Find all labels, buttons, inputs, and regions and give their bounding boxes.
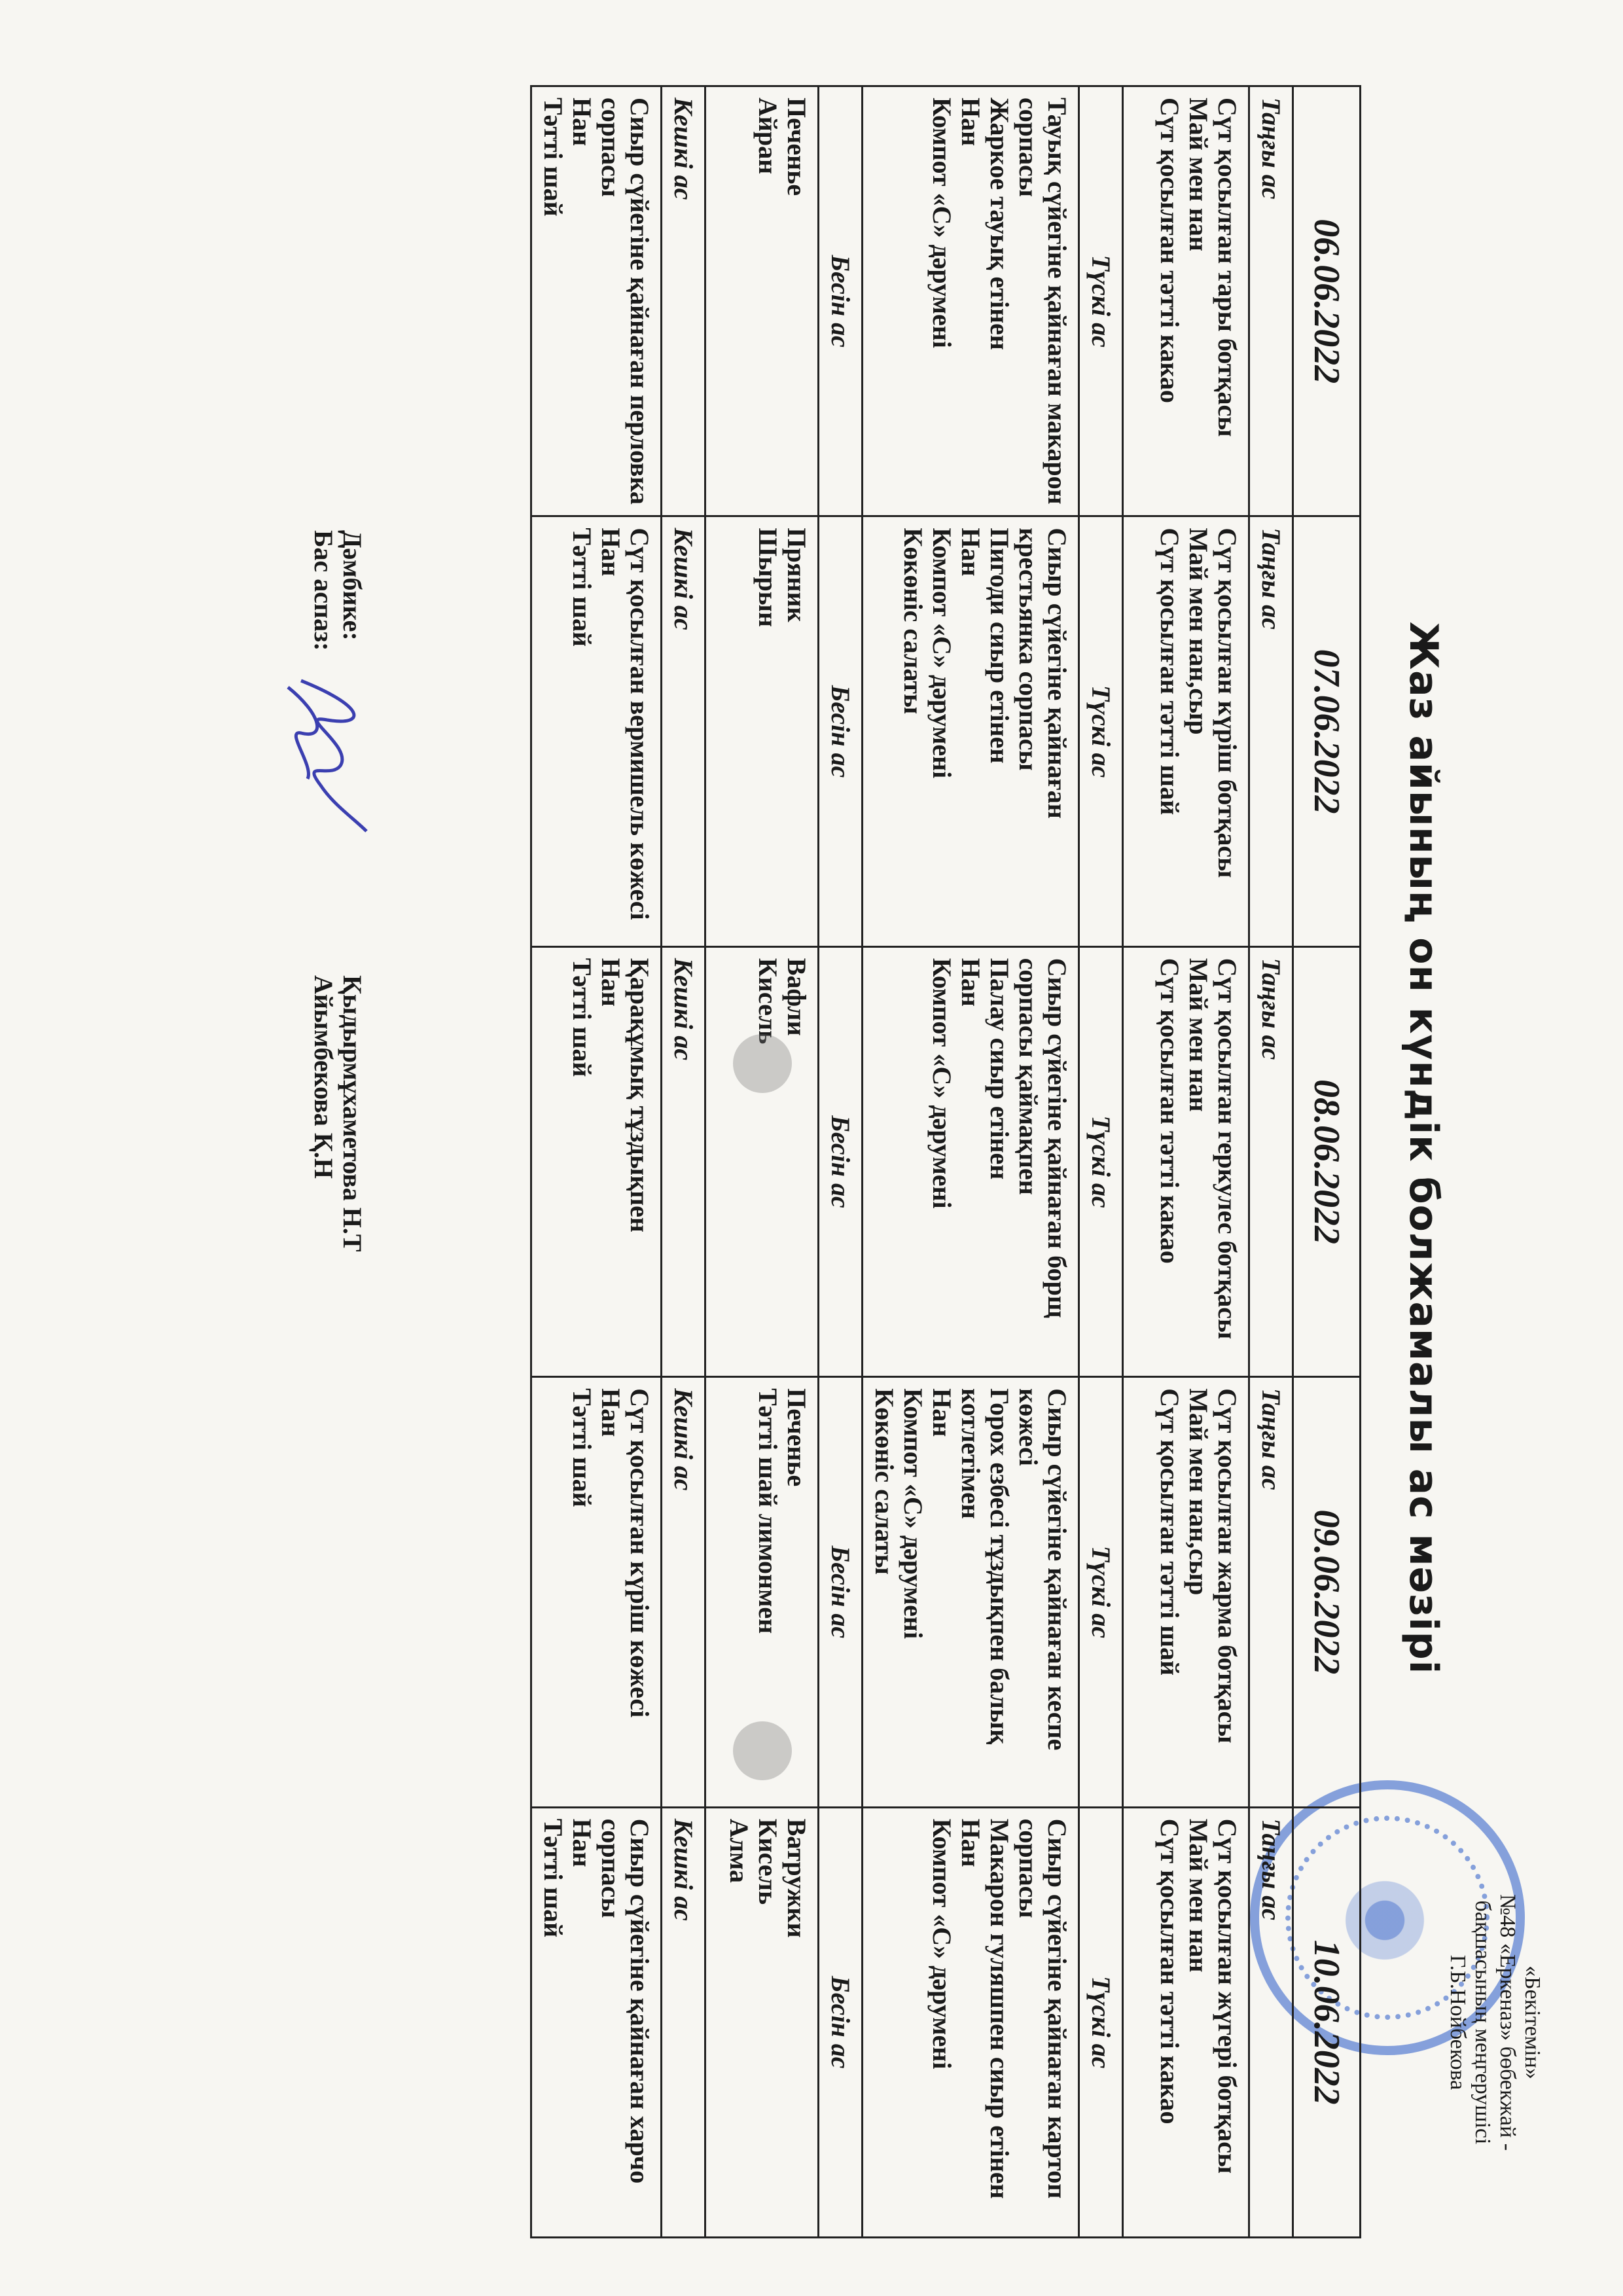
meal-label: Түскі ас xyxy=(1079,946,1123,1376)
signature-name: Қыдырмұхаметова Н.Т xyxy=(338,975,366,1636)
meal-items-cell: Сүт қосылған жарма ботқасыМай мен нан,сы… xyxy=(1123,1377,1249,1807)
meal-items-cell: Сүт қосылған вермишель көжесіНанТәтті ша… xyxy=(531,516,662,946)
dish-item: Сүт қосылған геркулес ботқасы xyxy=(1213,958,1241,1365)
meal-items-cell: Сиыр сүйегіне қайнаған харчо сорпасыНанТ… xyxy=(531,1807,662,2237)
meal-label: Бесін ас xyxy=(819,1377,863,1807)
scanned-page: «Бекітемін» №48 «Еркеназ» бөбекжай - бақ… xyxy=(0,0,1623,2296)
dish-item: Сүт қосылған тәтті какао xyxy=(1155,958,1184,1365)
meal-label: Бесін ас xyxy=(819,946,863,1376)
dish-item: Компот «С» дәрумені xyxy=(927,1819,956,2226)
dish-item: Печенье xyxy=(782,98,811,505)
meal-label: Таңғы ас xyxy=(1249,1377,1293,1807)
approval-line: бақшасының меңгерушісі xyxy=(1470,1793,1495,2251)
meal-items-cell: Сүт қосылған геркулес ботқасыМай мен нан… xyxy=(1123,946,1249,1376)
dish-item: Сиыр сүйегіне қайнаған картоп сорпасы xyxy=(1014,1819,1071,2226)
dish-item: Тәтті шай xyxy=(567,958,596,1365)
meal-label: Бесін ас xyxy=(819,86,863,516)
dish-item: Сүт қосылған тәтті какао xyxy=(1155,98,1184,505)
approval-line: №48 «Еркеназ» бөбекжай - xyxy=(1495,1793,1520,2251)
dish-item: Май мен нан xyxy=(1184,98,1213,505)
dish-item: Компот «С» дәрумені xyxy=(899,1388,927,1795)
dish-item: Сүт қосылған вермишель көжесі xyxy=(625,528,654,935)
dish-item: Сиыр сүйегіне қайнаған кеспе көжесі xyxy=(1014,1388,1071,1795)
dish-item: Ватружки xyxy=(782,1819,811,2226)
dish-item: Нан xyxy=(596,958,625,1365)
meal-items-cell: Тауық сүйегіне қайнаған макарон сорпасыЖ… xyxy=(863,86,1079,516)
meal-label-row: Кешкі асКешкі асКешкі асКешкі асКешкі ас xyxy=(662,86,705,2238)
scan-artifact xyxy=(733,1034,792,1093)
dish-item: Нан xyxy=(956,98,985,505)
meal-items-cell: Сиыр сүйегіне қайнаған крестьянка сорпас… xyxy=(863,516,1079,946)
scan-artifact xyxy=(733,1721,792,1780)
dish-item: Сиыр сүйегіне қайнаған харчо сорпасы xyxy=(596,1819,654,2226)
dish-item: Қарақұмық тұздықпен xyxy=(625,958,654,1365)
meal-items-cell: Сүт қосылған күріш ботқасыМай мен нан,сы… xyxy=(1123,516,1249,946)
date-header: 08.06.2022 xyxy=(1293,946,1361,1376)
meal-items-cell: Сүт қосылған күріш көжесіНанТәтті шай xyxy=(531,1377,662,1807)
dish-item: Сүт қосылған жарма ботқасы xyxy=(1213,1388,1241,1795)
dish-item: Нан xyxy=(956,528,985,935)
dish-item: Көкөніс салаты xyxy=(870,1388,899,1795)
dish-item: Сүт қосылған тары ботқасы xyxy=(1213,98,1241,505)
dish-item: Пряник xyxy=(782,528,811,935)
dish-item: Шырын xyxy=(753,528,782,935)
dish-item: Май мен нан xyxy=(1184,1819,1213,2226)
date-header: 07.06.2022 xyxy=(1293,516,1361,946)
dish-item: Сиыр сүйегіне қайнаған крестьянка сорпас… xyxy=(1014,528,1071,935)
dish-item: Сүт қосылған жүгері ботқасы xyxy=(1213,1819,1241,2226)
dish-item: Тәтті шай xyxy=(539,98,567,505)
dish-item: Сүт қосылған күріш ботқасы xyxy=(1213,528,1241,935)
meal-items-row: Сиыр сүйегіне қайнаған перловка сорпасыН… xyxy=(531,86,662,2238)
meal-label: Түскі ас xyxy=(1079,1377,1123,1807)
dish-item: Нан xyxy=(927,1388,956,1795)
dish-item: Кисель xyxy=(753,1819,782,2226)
meal-items-cell: Сиыр сүйегіне қайнаған перловка сорпасыН… xyxy=(531,86,662,516)
meal-items-cell: ВафлиКисель xyxy=(705,946,819,1376)
meal-label-row: Түскі асТүскі асТүскі асТүскі асТүскі ас xyxy=(1079,86,1123,2238)
meal-label: Кешкі ас xyxy=(662,1377,705,1807)
menu-table: 06.06.2022 07.06.2022 08.06.2022 09.06.2… xyxy=(530,85,1361,2238)
dish-item: Сиыр сүйегіне қайнаған перловка сорпасы xyxy=(596,98,654,505)
meal-label: Кешкі ас xyxy=(662,86,705,516)
dish-item: Көкөніс салаты xyxy=(899,528,927,935)
meal-items-cell: Сүт қосылған жүгері ботқасыМай мен нанСү… xyxy=(1123,1807,1249,2237)
meal-label-row: Бесін асБесін асБесін асБесін асБесін ас xyxy=(819,86,863,2238)
meal-label: Кешкі ас xyxy=(662,1807,705,2237)
meal-label: Түскі ас xyxy=(1079,1807,1123,2237)
dish-item: Май мен нан,сыр xyxy=(1184,528,1213,935)
dish-item: Нан xyxy=(596,1388,625,1795)
meal-label: Бесін ас xyxy=(819,516,863,946)
meal-items-row: Сүт қосылған тары ботқасыМай мен нанСүт … xyxy=(1123,86,1249,2238)
meal-items-cell: Қарақұмық тұздықпенНанТәтті шай xyxy=(531,946,662,1376)
meal-items-row: Тауық сүйегіне қайнаған макарон сорпасыЖ… xyxy=(863,86,1079,2238)
dish-item: Нан xyxy=(956,1819,985,2226)
approval-line: Г.Б.Нойбекова xyxy=(1445,1793,1470,2251)
approval-line: «Бекітемін» xyxy=(1520,1793,1544,2251)
dish-item: Алма xyxy=(724,1819,753,2226)
signature-role: Дәмбике: xyxy=(338,458,366,975)
meal-label: Түскі ас xyxy=(1079,516,1123,946)
dish-item: Тәтті шай xyxy=(567,1388,596,1795)
dish-item: Сүт қосылған күріш көжесі xyxy=(625,1388,654,1795)
dish-item: Горох езбесі тұздықпен балық котлетімен xyxy=(956,1388,1014,1795)
date-header: 06.06.2022 xyxy=(1293,86,1361,516)
signature-row: Дәмбике: Қыдырмұхаметова Н.Т xyxy=(338,458,366,1636)
menu-body: Таңғы асТаңғы асТаңғы асТаңғы асТаңғы ас… xyxy=(531,86,1293,2238)
date-header: 09.06.2022 xyxy=(1293,1377,1361,1807)
meal-label: Түскі ас xyxy=(1079,86,1123,516)
dish-item: Нан xyxy=(567,98,596,505)
meal-items-cell: ВатружкиКисельАлма xyxy=(705,1807,819,2237)
dish-item: Сиыр сүйегіне қайнаған борщ сорпасы қайм… xyxy=(1014,958,1071,1365)
dish-item: Май мен нан,сыр xyxy=(1184,1388,1213,1795)
meal-label: Таңғы ас xyxy=(1249,86,1293,516)
dish-item: Макарон гуляшпен сиыр етінен xyxy=(985,1819,1014,2226)
meal-label: Таңғы ас xyxy=(1249,946,1293,1376)
dish-item: Сүт қосылған тәтті какао xyxy=(1155,1819,1184,2226)
meal-items-row: ПеченьеАйранПряникШырынВафлиКисельПечень… xyxy=(705,86,819,2238)
meal-items-cell: Сиыр сүйегіне қайнаған борщ сорпасы қайм… xyxy=(863,946,1079,1376)
dish-item: Сүт қосылған тәтті шай xyxy=(1155,1388,1184,1795)
meal-label: Таңғы ас xyxy=(1249,516,1293,946)
signature-block: Дәмбике: Қыдырмұхаметова Н.Т Бас аспаз: … xyxy=(309,458,366,1636)
dish-item: Кисель xyxy=(753,958,782,1365)
signature-name: Айымбекова Қ.Н xyxy=(309,975,338,1636)
document-title: Жаз айының он күндік болжамалы ас мәзірі xyxy=(1400,0,1446,2296)
dish-item: Тәтті шай xyxy=(539,1819,567,2226)
meal-label: Бесін ас xyxy=(819,1807,863,2237)
dish-item: Тәтті шай xyxy=(567,528,596,935)
dish-item: Сүт қосылған тәтті шай xyxy=(1155,528,1184,935)
date-header: 10.06.2022 xyxy=(1293,1807,1361,2237)
dish-item: Компот «С» дәрумені xyxy=(927,958,956,1365)
meal-items-cell: Сиыр сүйегіне қайнаған кеспе көжесіГорох… xyxy=(863,1377,1079,1807)
meal-label: Кешкі ас xyxy=(662,516,705,946)
dish-item: Нан xyxy=(567,1819,596,2226)
dish-item: Компот «С» дәрумені xyxy=(927,98,956,505)
meal-items-cell: ПряникШырын xyxy=(705,516,819,946)
meal-items-cell: Сиыр сүйегіне қайнаған картоп сорпасыМак… xyxy=(863,1807,1079,2237)
signature-role: Бас аспаз: xyxy=(309,458,338,975)
dish-item: Вафли xyxy=(782,958,811,1365)
approval-block: «Бекітемін» №48 «Еркеназ» бөбекжай - бақ… xyxy=(1445,1793,1544,2251)
dish-item: Компот «С» дәрумені xyxy=(927,528,956,935)
menu-document: «Бекітемін» №48 «Еркеназ» бөбекжай - бақ… xyxy=(0,0,1623,2296)
dish-item: Нан xyxy=(956,958,985,1365)
dish-item: Нан xyxy=(596,528,625,935)
date-header-row: 06.06.2022 07.06.2022 08.06.2022 09.06.2… xyxy=(1293,86,1361,2238)
meal-label-row: Таңғы асТаңғы асТаңғы асТаңғы асТаңғы ас xyxy=(1249,86,1293,2238)
meal-label: Кешкі ас xyxy=(662,946,705,1376)
dish-item: Палау сиыр етінен xyxy=(985,958,1014,1365)
meal-items-cell: ПеченьеАйран xyxy=(705,86,819,516)
meal-label: Таңғы ас xyxy=(1249,1807,1293,2237)
dish-item: Май мен нан xyxy=(1184,958,1213,1365)
meal-items-cell: Сүт қосылған тары ботқасыМай мен нанСүт … xyxy=(1123,86,1249,516)
dish-item: Жаркое тауық етінен xyxy=(985,98,1014,505)
dish-item: Тауық сүйегіне қайнаған макарон сорпасы xyxy=(1014,98,1071,505)
dish-item: Айран xyxy=(753,98,782,505)
signature-row: Бас аспаз: Айымбекова Қ.Н xyxy=(309,458,338,1636)
dish-item: Пигоди сиыр етінен xyxy=(985,528,1014,935)
